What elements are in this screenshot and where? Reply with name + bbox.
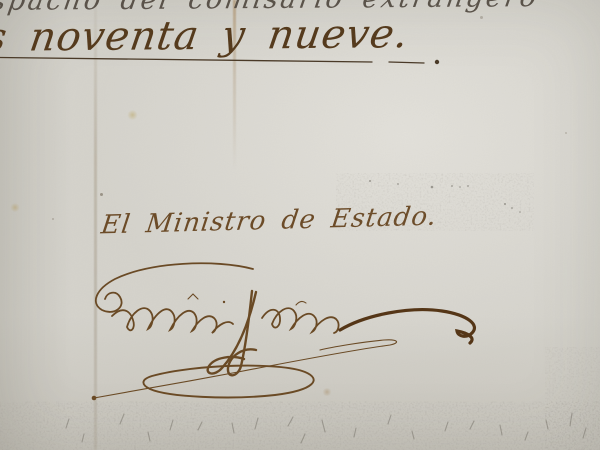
paper-speck xyxy=(52,218,54,220)
foxing-spot xyxy=(10,203,20,212)
closing-line: El Ministro de Estado. xyxy=(99,202,439,241)
cutoff-top-line: spacho del comisario extrangero xyxy=(0,0,541,17)
paper-speck xyxy=(480,16,483,19)
ink-smudge xyxy=(322,388,332,396)
smudge-dots xyxy=(369,180,521,213)
manuscript-page: spacho del comisario extrangero s novent… xyxy=(0,0,600,450)
signature-name-right xyxy=(262,308,339,333)
ink-overlay xyxy=(0,0,600,450)
signature-thin-diagonal xyxy=(94,340,397,398)
signature-diagonal-end-dot xyxy=(92,396,97,401)
ink-show-through-right-edge xyxy=(548,352,600,450)
ghost-strokes xyxy=(66,413,586,443)
paper-grain xyxy=(0,0,600,450)
signature-tall-stroke xyxy=(228,291,256,375)
date-underline xyxy=(0,58,439,65)
date-line-leading-fragment: s xyxy=(0,15,11,61)
signature-accent-circumflex xyxy=(188,294,198,299)
fold-crease-top-center xyxy=(233,0,236,170)
date-line: s noventa y nueve. xyxy=(0,11,412,61)
signature-top-flourish xyxy=(96,263,253,312)
date-line-text: noventa y nueve. xyxy=(27,11,412,60)
signature-accent-dot xyxy=(223,301,225,303)
signature-descender xyxy=(208,292,256,374)
fold-crease-left xyxy=(94,0,97,450)
signature-bold-swoosh xyxy=(340,310,474,343)
ink-show-through-band xyxy=(0,404,600,450)
foxing-spot xyxy=(127,110,138,120)
signature-name-left xyxy=(112,308,233,333)
signature xyxy=(92,263,475,400)
graphite-smudge xyxy=(345,176,525,228)
paper-speck xyxy=(565,132,567,134)
signature-accent-tilde xyxy=(296,301,306,305)
paper-speck xyxy=(100,193,103,196)
signature-bottom-ellipse xyxy=(143,366,313,398)
